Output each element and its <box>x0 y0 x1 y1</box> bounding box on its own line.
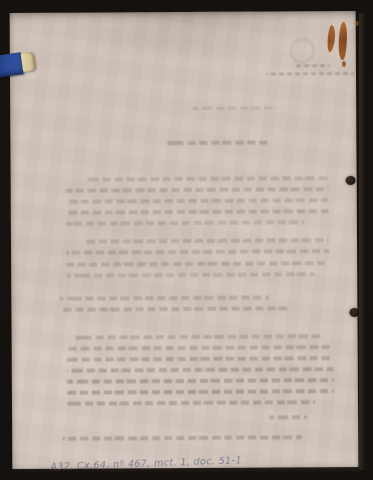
document-page: A32, Cx.64, nº 467, mct. 1, doc. 51-1 <box>10 11 359 469</box>
typescript-layer <box>10 11 356 13</box>
closing-line <box>62 435 302 440</box>
stamp-text <box>296 64 330 67</box>
paragraph-2 <box>66 249 329 255</box>
paragraph-2 <box>66 261 329 267</box>
paragraph-1 <box>66 220 304 225</box>
rust-stain <box>327 25 336 52</box>
blue-archive-tab-body <box>0 52 23 77</box>
paragraph-4 <box>74 334 322 340</box>
letterhead-line <box>191 106 277 110</box>
paragraph-4 <box>67 389 334 395</box>
page-stack-edge-right <box>359 13 369 470</box>
paragraph-4 <box>67 378 334 384</box>
paragraph-1 <box>66 187 329 193</box>
scan-background: A32, Cx.64, nº 467, mct. 1, doc. 51-1 <box>0 0 373 480</box>
paragraph-1 <box>66 209 329 215</box>
paragraph-1 <box>66 198 329 204</box>
paragraph-4 <box>67 356 334 362</box>
hole-punch-mark <box>346 176 356 185</box>
rust-stain <box>342 61 346 67</box>
paragraph-1 <box>86 176 329 181</box>
rust-stain <box>355 21 359 26</box>
heading-line <box>166 140 270 145</box>
paragraph-4 <box>67 400 315 406</box>
paragraph-4 <box>67 345 332 351</box>
paragraph-2 <box>86 238 329 243</box>
paragraph-3 <box>59 295 269 300</box>
stamp-text <box>266 72 354 75</box>
faint-stamp-emblem <box>290 38 315 63</box>
blue-archive-tab-tip <box>21 51 37 72</box>
paragraph-2 <box>66 272 314 278</box>
paragraph-3 <box>61 306 287 311</box>
paragraph-4 <box>269 415 307 419</box>
hole-punch-mark <box>349 308 359 317</box>
paragraph-4 <box>67 367 334 373</box>
rust-stain <box>338 22 347 60</box>
